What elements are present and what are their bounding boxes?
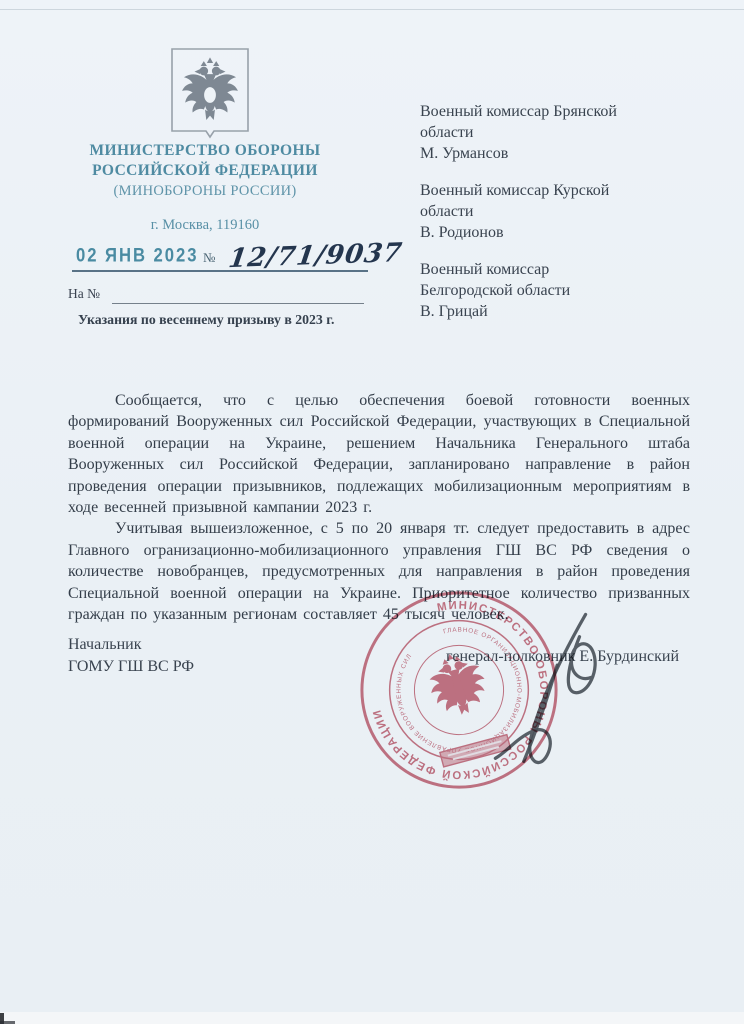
recipient-belgorod: Военный комиссар Белгородской области В.… xyxy=(420,259,690,322)
scan-edge-line xyxy=(0,9,744,10)
recipient-title-line: Военный комиссар Курской xyxy=(420,180,690,201)
reference-underline xyxy=(112,303,364,304)
document-number-handwritten: 12/71/9037 xyxy=(227,238,405,274)
recipient-title-line: Военный комиссар xyxy=(420,259,690,280)
reference-label: На № xyxy=(68,286,100,302)
scan-bottom-strip xyxy=(0,1012,744,1024)
subject-line: Указания по весеннему призыву в 2023 г. xyxy=(78,312,334,328)
date-number-row: 02 ЯНВ 2023 № 12/71/9037 xyxy=(76,239,403,269)
org-name-line3: (МИНОБОРОНЫ РОССИИ) xyxy=(38,181,372,201)
recipient-title-line: области xyxy=(420,122,690,143)
signer-position: Начальник ГОМУ ГШ ВС РФ xyxy=(68,634,194,678)
recipient-name: М. Урмансов xyxy=(420,143,690,164)
signature-scribble-icon xyxy=(466,606,618,784)
scan-corner-mark xyxy=(0,1013,4,1024)
coat-of-arms-icon xyxy=(170,47,250,141)
recipient-name: В. Родионов xyxy=(420,222,690,243)
date-stamp: 02 ЯНВ 2023 xyxy=(76,245,198,267)
recipient-bryansk: Военный комиссар Брянской области М. Урм… xyxy=(420,101,690,164)
letterhead-org-name: МИНИСТЕРСТВО ОБОРОНЫ РОССИЙСКОЙ ФЕДЕРАЦИ… xyxy=(38,141,372,201)
org-address: г. Москва, 119160 xyxy=(38,217,372,234)
body-paragraph-1: Сообщается, что с целью обеспечения боев… xyxy=(68,390,690,518)
recipient-kursk: Военный комиссар Курской области В. Роди… xyxy=(420,180,690,243)
recipient-name: В. Грицай xyxy=(420,301,690,322)
recipients-list: Военный комиссар Брянской области М. Урм… xyxy=(420,101,690,338)
recipient-title-line: области xyxy=(420,201,690,222)
org-name-line2: РОССИЙСКОЙ ФЕДЕРАЦИИ xyxy=(38,161,372,181)
recipient-title-line: Военный комиссар Брянской xyxy=(420,101,690,122)
scanned-letter-page: МИНИСТЕРСТВО ОБОРОНЫ РОССИЙСКОЙ ФЕДЕРАЦИ… xyxy=(0,0,744,1024)
signer-position-line1: Начальник xyxy=(68,634,194,656)
recipient-title-line: Белгородской области xyxy=(420,280,690,301)
signer-position-line2: ГОМУ ГШ ВС РФ xyxy=(68,656,194,678)
org-name-line1: МИНИСТЕРСТВО ОБОРОНЫ xyxy=(38,141,372,161)
number-sign: № xyxy=(203,250,215,266)
